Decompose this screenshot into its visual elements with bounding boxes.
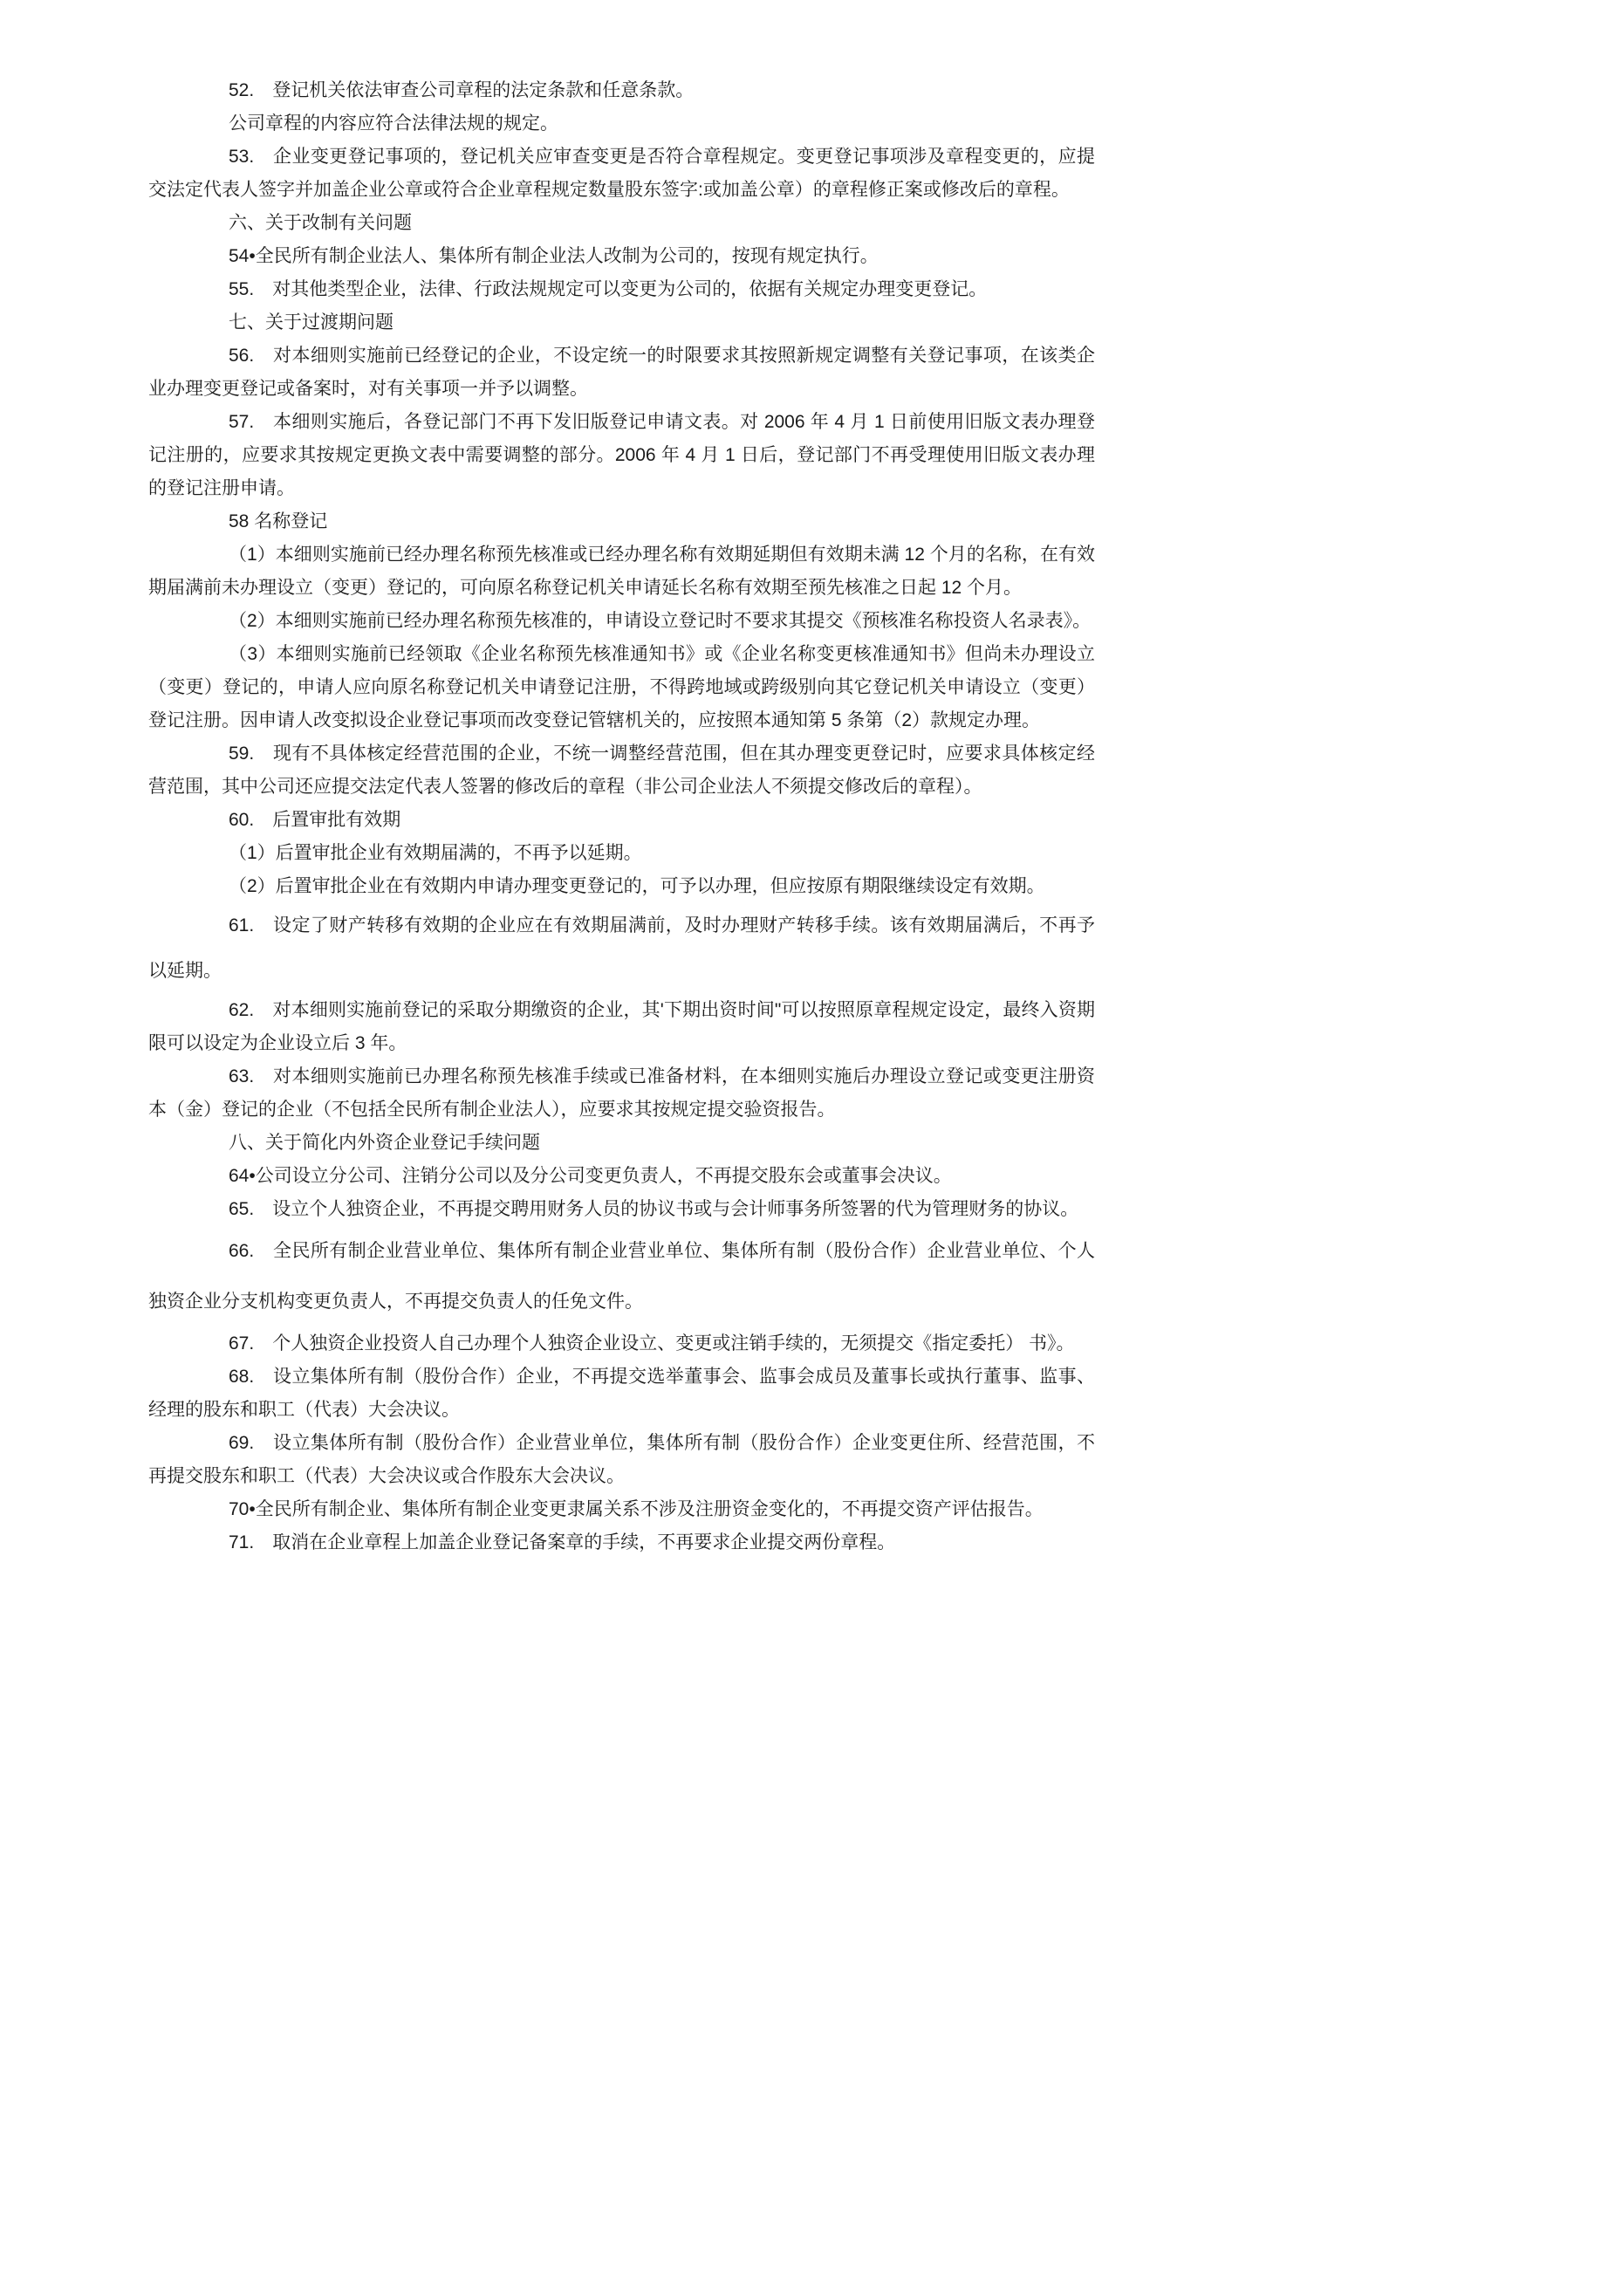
document-page: 52. 登记机关依法审查公司章程的法定条款和任意条款。公司章程的内容应符合法律法… xyxy=(0,0,1622,2296)
paragraph: 54•全民所有制企业法人、集体所有制企业法人改制为公司的，按现有规定执行。 xyxy=(148,240,1095,273)
paragraph: 59. 现有不具体核定经营范围的企业，不统一调整经营范围，但在其办理变更登记时，… xyxy=(148,737,1095,804)
paragraph: （2）后置审批企业在有效期内申请办理变更登记的，可予以办理，但应按原有期限继续设… xyxy=(148,870,1095,903)
paragraph: 56. 对本细则实施前已经登记的企业，不设定统一的时限要求其按照新规定调整有关登… xyxy=(148,339,1095,406)
paragraph: 64•公司设立分公司、注销分公司以及分公司变更负责人，不再提交股东会或董事会决议… xyxy=(148,1160,1095,1193)
paragraph: 60. 后置审批有效期 xyxy=(148,804,1095,837)
paragraph: 71. 取消在企业章程上加盖企业登记备案章的手续，不再要求企业提交两份章程。 xyxy=(148,1526,1095,1559)
paragraph: 57. 本细则实施后，各登记部门不再下发旧版登记申请文表。对 2006 年 4 … xyxy=(148,406,1095,505)
paragraph: 62. 对本细则实施前登记的采取分期缴资的企业，其'下期出资时间"可以按照原章程… xyxy=(148,994,1095,1060)
paragraph: 63. 对本细则实施前已办理名称预先核准手续或已准备材料，在本细则实施后办理设立… xyxy=(148,1060,1095,1127)
paragraph: 八、关于简化内外资企业登记手续问题 xyxy=(148,1127,1095,1160)
paragraph: （2）本细则实施前已经办理名称预先核准的，申请设立登记时不要求其提交《预核准名称… xyxy=(148,605,1095,638)
paragraph: 68. 设立集体所有制（股份合作）企业，不再提交选举董事会、监事会成员及董事长或… xyxy=(148,1360,1095,1427)
paragraph: （1）本细则实施前已经办理名称预先核准或已经办理名称有效期延期但有效期未满 12… xyxy=(148,538,1095,605)
paragraph: 58 名称登记 xyxy=(148,505,1095,538)
paragraph: 65. 设立个人独资企业，不再提交聘用财务人员的协议书或与会计师事务所签署的代为… xyxy=(148,1193,1095,1226)
paragraph: 67. 个人独资企业投资人自己办理个人独资企业设立、变更或注销手续的，无须提交《… xyxy=(148,1327,1095,1360)
paragraph: 53. 企业变更登记事项的，登记机关应审查变更是否符合章程规定。变更登记事项涉及… xyxy=(148,141,1095,207)
paragraph: 公司章程的内容应符合法律法规的规定。 xyxy=(148,107,1095,141)
paragraph: （3）本细则实施前已经领取《企业名称预先核准通知书》或《企业名称变更核准通知书》… xyxy=(148,638,1095,737)
paragraph: 55. 对其他类型企业，法律、行政法规规定可以变更为公司的，依据有关规定办理变更… xyxy=(148,273,1095,306)
document-body: 52. 登记机关依法审查公司章程的法定条款和任意条款。公司章程的内容应符合法律法… xyxy=(148,74,1095,1559)
paragraph: 66. 全民所有制企业营业单位、集体所有制企业营业单位、集体所有制（股份合作）企… xyxy=(148,1226,1095,1327)
paragraph: 69. 设立集体所有制（股份合作）企业营业单位，集体所有制（股份合作）企业变更住… xyxy=(148,1427,1095,1493)
paragraph: 六、关于改制有关问题 xyxy=(148,207,1095,240)
paragraph: 七、关于过渡期问题 xyxy=(148,306,1095,339)
paragraph: 52. 登记机关依法审查公司章程的法定条款和任意条款。 xyxy=(148,74,1095,107)
paragraph: （1）后置审批企业有效期届满的，不再予以延期。 xyxy=(148,837,1095,870)
paragraph: 61. 设定了财产转移有效期的企业应在有效期届满前，及时办理财产转移手续。该有效… xyxy=(148,903,1095,994)
paragraph: 70•全民所有制企业、集体所有制企业变更隶属关系不涉及注册资金变化的，不再提交资… xyxy=(148,1493,1095,1526)
